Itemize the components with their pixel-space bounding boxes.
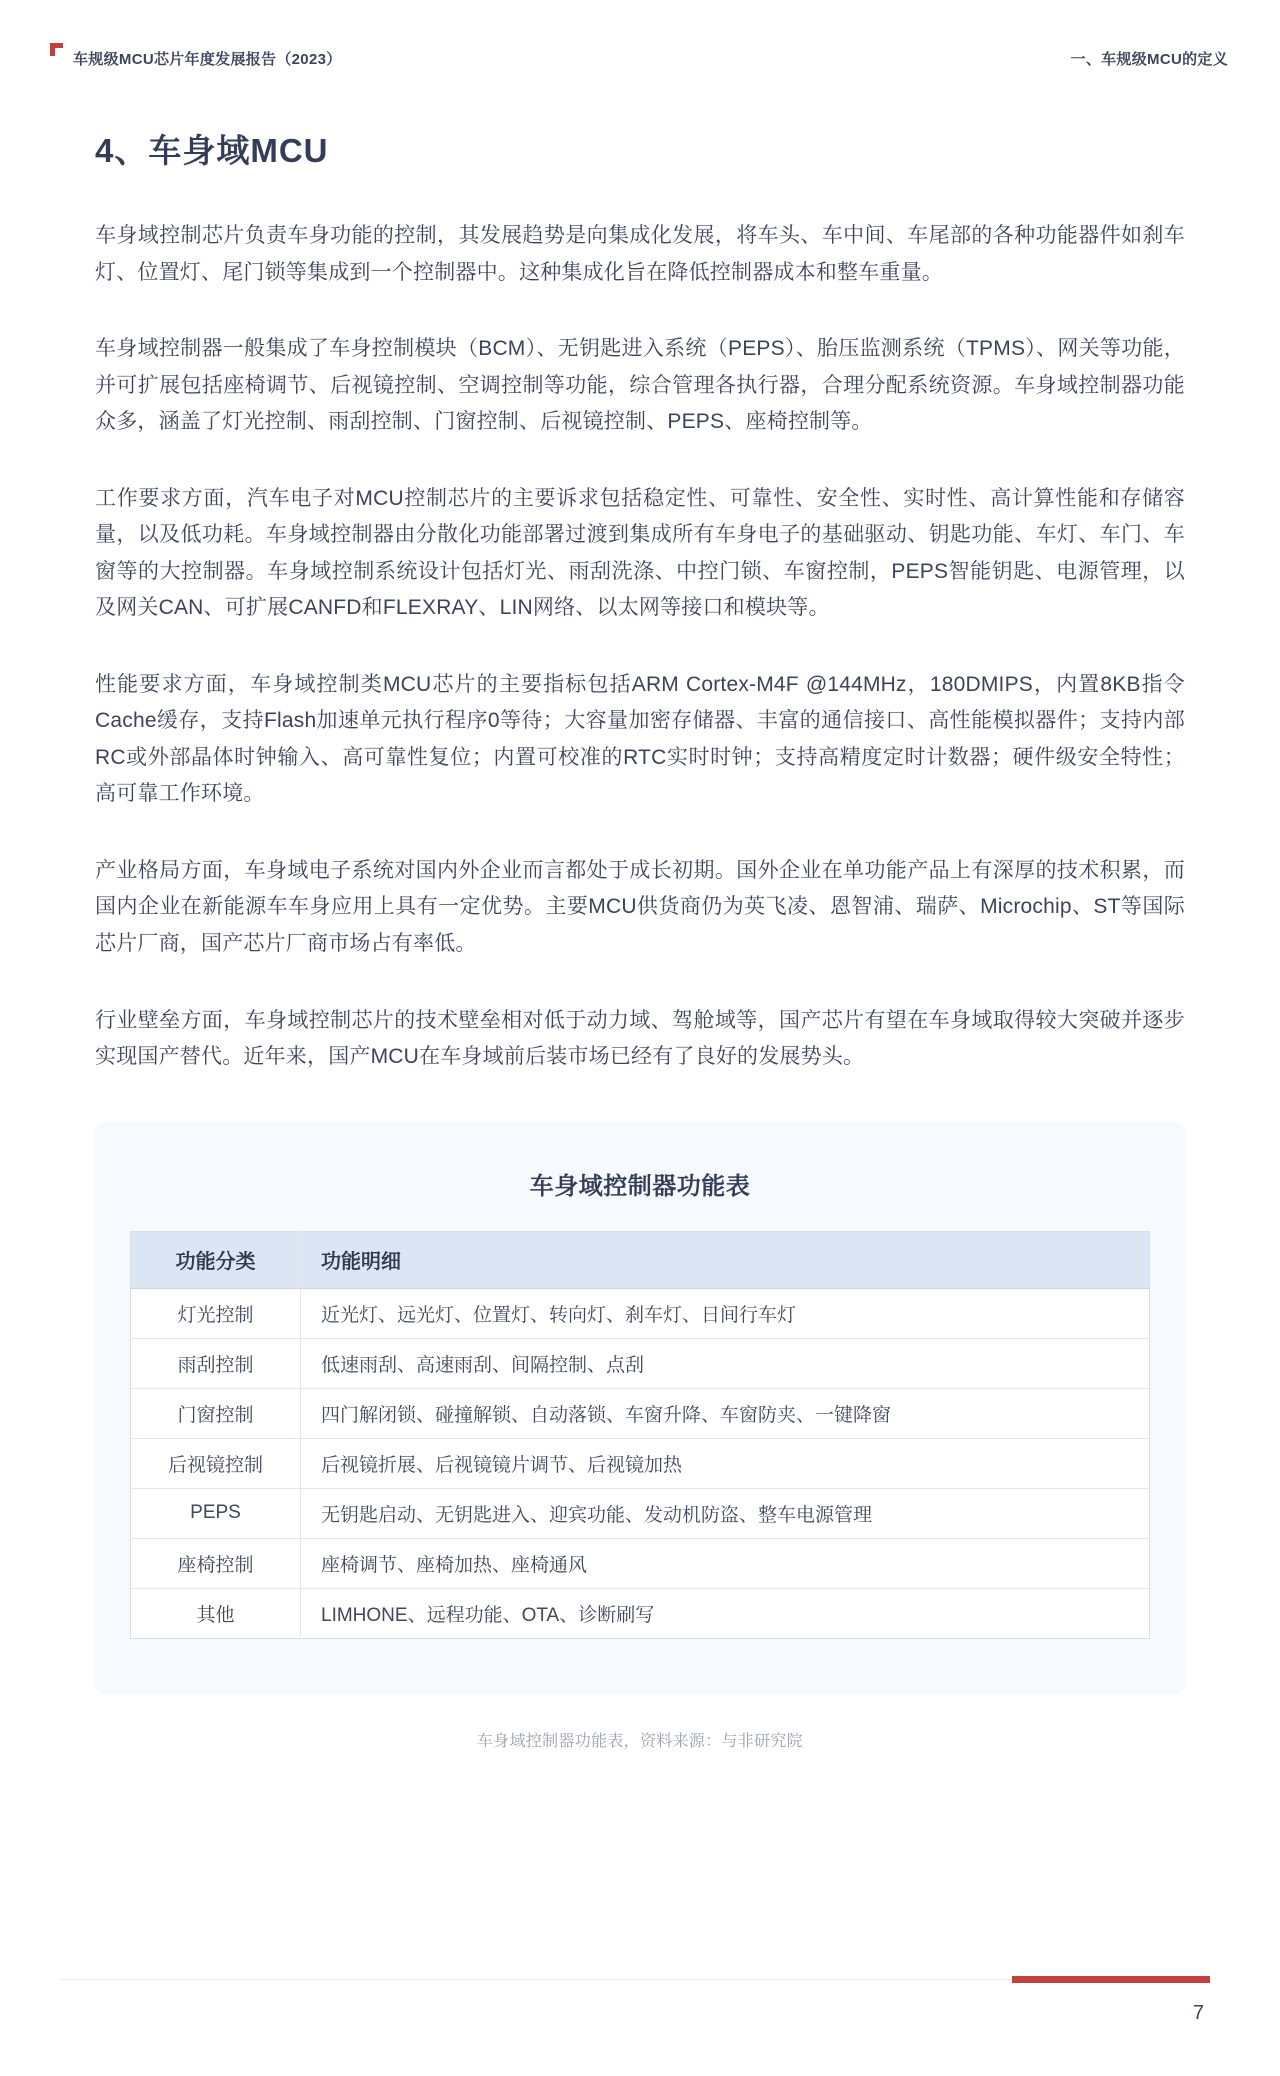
paragraph-controller-modules: 车身域控制器一般集成了车身控制模块（BCM）、无钥匙进入系统（PEPS）、胎压监… (95, 331, 1185, 441)
table-row: PEPS 无钥匙启动、无钥匙进入、迎宾功能、发动机防盗、整车电源管理 (131, 1488, 1150, 1538)
function-table-panel: 车身域控制器功能表 功能分类 功能明细 灯光控制 近光灯、远光灯、位置灯、转向灯… (95, 1122, 1185, 1694)
chapter-breadcrumb: 一、车规级MCU的定义 (1071, 42, 1228, 69)
body-domain-function-table: 功能分类 功能明细 灯光控制 近光灯、远光灯、位置灯、转向灯、刹车灯、日间行车灯… (130, 1231, 1150, 1639)
footer-accent-bar (1012, 1976, 1210, 1983)
corner-bracket-icon (50, 43, 63, 56)
report-page: 车规级MCU芯片年度发展报告（2023） 一、车规级MCU的定义 4、车身域MC… (0, 0, 1280, 2076)
paragraph-performance-requirements: 性能要求方面，车身域控制类MCU芯片的主要指标包括ARM Cortex-M4F … (95, 667, 1185, 813)
cell-detail: 后视镜折展、后视镜镜片调节、后视镜加热 (301, 1438, 1150, 1488)
cell-detail: 近光灯、远光灯、位置灯、转向灯、刹车灯、日间行车灯 (301, 1288, 1150, 1338)
page-number: 7 (1193, 2002, 1204, 2025)
cell-category: 灯光控制 (131, 1288, 301, 1338)
cell-category: 门窗控制 (131, 1388, 301, 1438)
cell-detail: LIMHONE、远程功能、OTA、诊断刷写 (301, 1588, 1150, 1638)
cell-detail: 无钥匙启动、无钥匙进入、迎宾功能、发动机防盗、整车电源管理 (301, 1488, 1150, 1538)
table-row: 其他 LIMHONE、远程功能、OTA、诊断刷写 (131, 1588, 1150, 1638)
table-row: 后视镜控制 后视镜折展、后视镜镜片调节、后视镜加热 (131, 1438, 1150, 1488)
report-title: 车规级MCU芯片年度发展报告（2023） (73, 42, 342, 69)
page-content: 4、车身域MCU 车身域控制芯片负责车身功能的控制，其发展趋势是向集成化发展，将… (0, 125, 1280, 1751)
paragraph-integration-trend: 车身域控制芯片负责车身功能的控制，其发展趋势是向集成化发展，将车头、车中间、车尾… (95, 218, 1185, 291)
footer-rule (60, 1976, 1210, 1983)
page-header: 车规级MCU芯片年度发展报告（2023） 一、车规级MCU的定义 (0, 0, 1280, 69)
table-row: 雨刮控制 低速雨刮、高速雨刮、间隔控制、点刮 (131, 1338, 1150, 1388)
footer-divider-line (60, 1979, 1012, 1980)
cell-category: 雨刮控制 (131, 1338, 301, 1388)
table-header-row: 功能分类 功能明细 (131, 1231, 1150, 1288)
cell-detail: 四门解闭锁、碰撞解锁、自动落锁、车窗升降、车窗防夹、一键降窗 (301, 1388, 1150, 1438)
header-left: 车规级MCU芯片年度发展报告（2023） (50, 42, 342, 69)
table-row: 灯光控制 近光灯、远光灯、位置灯、转向灯、刹车灯、日间行车灯 (131, 1288, 1150, 1338)
cell-category: 后视镜控制 (131, 1438, 301, 1488)
cell-category: 座椅控制 (131, 1538, 301, 1588)
paragraph-work-requirements: 工作要求方面，汽车电子对MCU控制芯片的主要诉求包括稳定性、可靠性、安全性、实时… (95, 481, 1185, 627)
cell-detail: 低速雨刮、高速雨刮、间隔控制、点刮 (301, 1338, 1150, 1388)
table-row: 门窗控制 四门解闭锁、碰撞解锁、自动落锁、车窗升降、车窗防夹、一键降窗 (131, 1388, 1150, 1438)
paragraph-industry-barriers: 行业壁垒方面，车身域控制芯片的技术壁垒相对低于动力域、驾舱域等，国产芯片有望在车… (95, 1003, 1185, 1076)
paragraph-industry-landscape: 产业格局方面，车身域电子系统对国内外企业而言都处于成长初期。国外企业在单功能产品… (95, 853, 1185, 963)
cell-category: 其他 (131, 1588, 301, 1638)
table-title: 车身域控制器功能表 (130, 1166, 1150, 1201)
section-title: 4、车身域MCU (95, 125, 1185, 172)
column-header-category: 功能分类 (131, 1231, 301, 1288)
table-header: 功能分类 功能明细 (131, 1231, 1150, 1288)
cell-detail: 座椅调节、座椅加热、座椅通风 (301, 1538, 1150, 1588)
column-header-detail: 功能明细 (301, 1231, 1150, 1288)
table-caption: 车身域控制器功能表，资料来源：与非研究院 (95, 1728, 1185, 1751)
table-row: 座椅控制 座椅调节、座椅加热、座椅通风 (131, 1538, 1150, 1588)
cell-category: PEPS (131, 1488, 301, 1538)
table-body: 灯光控制 近光灯、远光灯、位置灯、转向灯、刹车灯、日间行车灯 雨刮控制 低速雨刮… (131, 1288, 1150, 1638)
